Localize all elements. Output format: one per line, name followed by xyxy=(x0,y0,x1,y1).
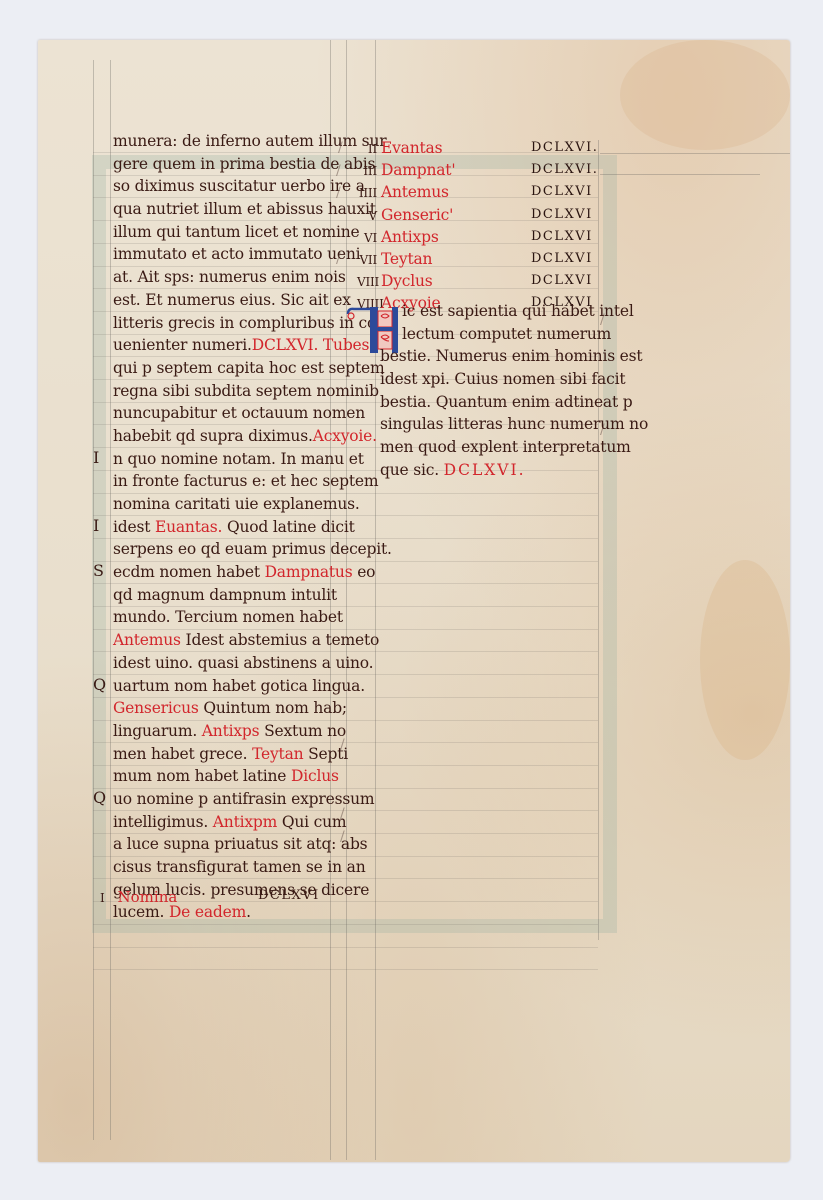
margin-guide-letter: I xyxy=(93,448,99,467)
rubric: Acxyoie. xyxy=(313,427,377,445)
text-line: munera: de inferno autem illum sur xyxy=(113,130,338,153)
roman-numeral: V xyxy=(357,205,377,228)
text-segment: bestia. Quantum enim adtineat p xyxy=(380,393,632,411)
text-segment: immutato et acto immutato ueni xyxy=(113,245,360,263)
antichrist-name: Evantas xyxy=(381,139,442,157)
line-filler-mark: / xyxy=(340,737,345,753)
text-segment: idest uino. quasi abstinens a uino. xyxy=(113,654,373,672)
text-segment: idest xpi. Cuius nomen sibi facit xyxy=(380,370,625,388)
margin-guide-letter: Q xyxy=(93,675,106,694)
text-line: at. Ait sps: numerus enim nois xyxy=(113,266,338,289)
number-value: DCLXVI xyxy=(531,226,593,249)
line-filler-mark: / xyxy=(338,140,343,156)
text-segment: singulas litteras hunc numerum no xyxy=(380,415,648,433)
text-line: so diximus suscitatur uerbo ire a xyxy=(113,175,338,198)
text-line: idest xpi. Cuius nomen sibi facit xyxy=(380,368,610,391)
stain xyxy=(700,560,790,760)
text-segment: so diximus suscitatur uerbo ire a xyxy=(113,177,365,195)
nomina-label: Nomina xyxy=(118,888,178,906)
rubric: Diclus xyxy=(291,767,339,785)
number-value: DCLXVI xyxy=(531,181,593,204)
text-segment: in fronte facturus e: et hec septem xyxy=(113,472,378,490)
text-line: qd magnum dampnum intulit xyxy=(113,584,338,607)
text-line: immutato et acto immutato ueni xyxy=(113,243,338,266)
text-line: n quo nomine notam. In manu et xyxy=(113,448,338,471)
text-segment: . xyxy=(246,903,251,921)
text-segment: uenienter numeri. xyxy=(113,336,252,354)
margin-guide-letter: S xyxy=(93,561,104,580)
number-value: DCLXVI xyxy=(531,204,593,227)
text-segment: Idest abstemius a temeto xyxy=(181,631,379,649)
text-segment: uartum nom habet gotica lingua. xyxy=(113,677,365,695)
text-segment: uo nomine p antifrasin expressum xyxy=(113,790,374,808)
text-segment: at. Ait sps: numerus enim nois xyxy=(113,268,346,286)
ruling-line xyxy=(93,60,94,1140)
text-line: qui p septem capita hoc est septem xyxy=(113,357,338,380)
text-segment: ecdm nomen habet xyxy=(113,563,260,581)
text-segment: bestie. Numerus enim hominis est xyxy=(380,347,642,365)
text-line: idest uino. quasi abstinens a uino. xyxy=(113,652,338,675)
text-line: linguarum. Antixps Sextum no xyxy=(113,720,338,743)
text-line: lectum computet numerum xyxy=(380,323,610,346)
text-segment: illum qui tantum licet et nomine xyxy=(113,223,360,241)
text-line: qua nutriet illum et abissus hauxit xyxy=(113,198,338,221)
text-line: que sic. DCLXVI. xyxy=(380,459,610,482)
text-segment: nuncupabitur et octauum nomen xyxy=(113,404,365,422)
text-segment: qd magnum dampnum intulit xyxy=(113,586,337,604)
text-segment: regna sibi subdita septem nominib xyxy=(113,382,379,400)
antichrist-name: Antixps xyxy=(381,228,439,246)
text-line: litteris grecis in compluribus in co xyxy=(113,312,338,335)
text-segment: nomina caritati uie explanemus. xyxy=(113,495,360,513)
text-line: men quod explent interpretatum xyxy=(380,436,610,459)
rubric: Euantas. xyxy=(155,518,222,536)
roman-numeral: IIII xyxy=(357,182,377,205)
text-line: Gensericus Quintum nom hab; xyxy=(113,697,338,720)
text-line: uo nomine p antifrasin expressum xyxy=(113,788,338,811)
roman-numeral: VIII xyxy=(357,271,377,294)
text-segment: Qui cum xyxy=(277,813,346,831)
stain xyxy=(620,40,790,150)
text-segment: qui p septem capita hoc est septem xyxy=(113,359,384,377)
antichrist-name: Genseric' xyxy=(381,206,453,224)
text-line: men habet grece. Teytan Septi xyxy=(113,743,338,766)
rubric: Teytan xyxy=(252,745,303,763)
text-line: serpens eo qd euam primus decepit. xyxy=(113,538,338,561)
ruling-line xyxy=(110,60,111,1140)
text-segment: ic est sapientia qui habet intel xyxy=(402,302,634,320)
text-line: mum nom habet latine Diclus xyxy=(113,765,338,788)
text-line: gere quem in prima bestia de abis xyxy=(113,153,338,176)
line-filler-mark: / xyxy=(336,185,341,201)
number-value: DCLXVI xyxy=(531,248,593,271)
nomina-row: I Nomina DCLXVI xyxy=(100,888,340,906)
text-segment: lucem. xyxy=(113,903,164,921)
left-text-column: munera: de inferno autem illum surgere q… xyxy=(113,130,338,924)
text-segment: Quintum nom hab; xyxy=(199,699,347,717)
ruling-line xyxy=(93,947,598,948)
text-line: intelligimus. Antixpm Qui cum xyxy=(113,811,338,834)
roman-numeral: II xyxy=(357,138,377,161)
rubric: Antixpm xyxy=(213,813,277,831)
text-line: in fronte facturus e: et hec septem xyxy=(113,470,338,493)
name-list-row: VGenseric'DCLXVI xyxy=(357,204,602,226)
text-line: ic est sapientia qui habet intel xyxy=(380,300,610,323)
text-line: regna sibi subdita septem nominib xyxy=(113,380,338,403)
name-list-row: IIIIAntemusDCLXVI xyxy=(357,181,602,203)
antichrist-name: Dampnat' xyxy=(381,161,455,179)
text-segment: linguarum. xyxy=(113,722,197,740)
line-filler-mark: / xyxy=(340,806,345,822)
text-line: nomina caritati uie explanemus. xyxy=(113,493,338,516)
roman-numeral: III xyxy=(357,160,377,183)
text-line: est. Et numerus eius. Sic ait ex xyxy=(113,289,338,312)
name-list-row: VIAntixpsDCLXVI xyxy=(357,226,602,248)
line-filler-mark: / xyxy=(336,251,341,267)
text-segment: est. Et numerus eius. Sic ait ex xyxy=(113,291,351,309)
rubric: Gensericus xyxy=(113,699,199,717)
right-text-column: ic est sapientia qui habet intellectum c… xyxy=(380,300,610,482)
number-value: DCLXVI. xyxy=(531,137,598,160)
margin-guide-letter: Q xyxy=(93,788,106,807)
text-line: idest Euantas. Quod latine dicit xyxy=(113,516,338,539)
text-segment: cisus transfigurat tamen se in an xyxy=(113,858,365,876)
rubric: DCLXVI. xyxy=(444,461,526,479)
text-line: bestie. Numerus enim hominis est xyxy=(380,345,610,368)
text-segment: serpens eo qd euam primus decepit. xyxy=(113,540,392,558)
text-segment: lectum computet numerum xyxy=(402,325,611,343)
antichrist-name: Antemus xyxy=(381,183,449,201)
text-line: illum qui tantum licet et nomine xyxy=(113,221,338,244)
roman-numeral: VII xyxy=(357,249,377,272)
names-list: IIEvantasDCLXVI.IIIDampnat'DCLXVI.IIIIAn… xyxy=(357,137,602,315)
number-value: DCLXVI xyxy=(531,270,593,293)
text-line: a luce supna priuatus sit atq: abs xyxy=(113,833,338,856)
text-line: cisus transfigurat tamen se in an xyxy=(113,856,338,879)
text-line: uartum nom habet gotica lingua. xyxy=(113,675,338,698)
text-segment: men habet grece. xyxy=(113,745,247,763)
text-segment: munera: de inferno autem illum sur xyxy=(113,132,386,150)
text-segment: qua nutriet illum et abissus hauxit xyxy=(113,200,376,218)
ruling-line xyxy=(600,153,790,154)
text-line: uenienter numeri.DCLXVI. Tubes xyxy=(113,334,338,357)
antichrist-name: Teytan xyxy=(381,250,432,268)
nomina-value: DCLXVI xyxy=(258,888,320,903)
text-segment: mundo. Tercium nomen habet xyxy=(113,608,343,626)
text-segment: Quod latine dicit xyxy=(222,518,354,536)
text-segment: idest xyxy=(113,518,150,536)
line-filler-mark: / xyxy=(336,163,341,179)
rubric: Antixps xyxy=(202,722,260,740)
rubric: Dampnatus xyxy=(265,563,353,581)
text-line: ecdm nomen habet Dampnatus eo xyxy=(113,561,338,584)
number-value: DCLXVI. xyxy=(531,159,598,182)
text-line: Antemus Idest abstemius a temeto xyxy=(113,629,338,652)
name-list-row: VIITeytanDCLXVI xyxy=(357,248,602,270)
text-segment: a luce supna priuatus sit atq: abs xyxy=(113,835,367,853)
name-list-row: VIIIDyclusDCLXVI xyxy=(357,270,602,292)
name-list-row: IIEvantasDCLXVI. xyxy=(357,137,602,159)
rubric: Antemus xyxy=(113,631,181,649)
row-number: I xyxy=(100,891,105,905)
antichrist-name: Dyclus xyxy=(381,272,433,290)
text-segment: que sic. xyxy=(380,461,439,479)
text-segment: litteris grecis in compluribus in co xyxy=(113,314,376,332)
roman-numeral: VI xyxy=(357,227,377,250)
ruling-line xyxy=(600,174,760,175)
text-segment: mum nom habet latine xyxy=(113,767,286,785)
ruling-line xyxy=(93,969,598,970)
text-line: nuncupabitur et octauum nomen xyxy=(113,402,338,425)
text-segment: Sextum no xyxy=(259,722,346,740)
text-line: mundo. Tercium nomen habet xyxy=(113,606,338,629)
text-segment: habebit qd supra diximus. xyxy=(113,427,313,445)
text-line: singulas litteras hunc numerum no xyxy=(380,413,610,436)
name-list-row: IIIDampnat'DCLXVI. xyxy=(357,159,602,181)
text-segment: eo xyxy=(352,563,375,581)
text-line: bestia. Quantum enim adtineat p xyxy=(380,391,610,414)
text-segment: men quod explent interpretatum xyxy=(380,438,631,456)
margin-guide-letter: I xyxy=(93,516,99,535)
line-filler-mark: / xyxy=(340,829,345,845)
text-line: habebit qd supra diximus.Acxyoie. xyxy=(113,425,338,448)
text-segment: intelligimus. xyxy=(113,813,208,831)
rubric: De eadem xyxy=(169,903,246,921)
text-segment: n quo nomine notam. In manu et xyxy=(113,450,364,468)
